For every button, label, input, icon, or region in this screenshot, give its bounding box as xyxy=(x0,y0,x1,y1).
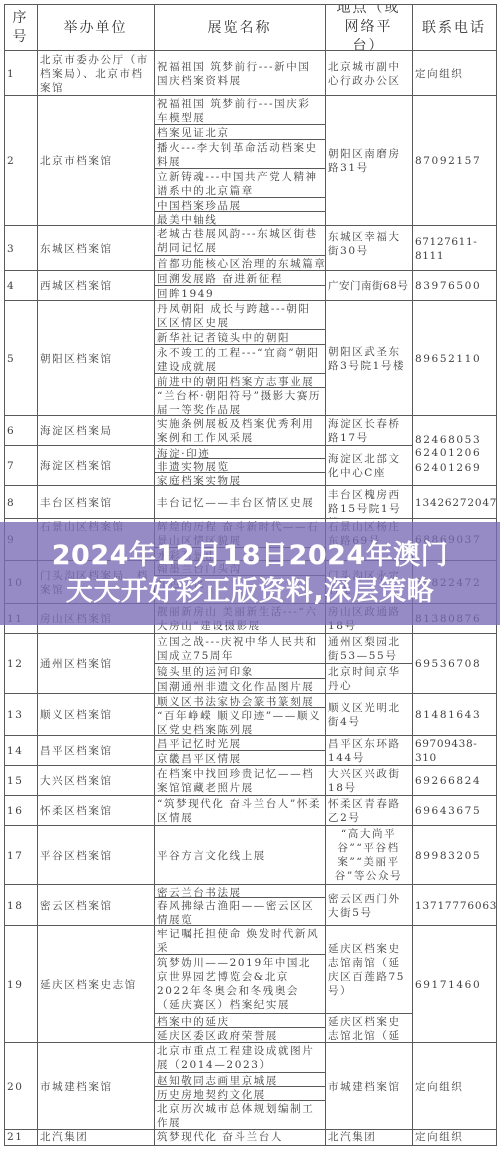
row-19-location-2: 延庆区档案史志馆北馆（延庆区 xyxy=(325,1013,412,1042)
row-21-exhibition-1: 筑梦现代化 奋斗兰台人 xyxy=(154,1129,325,1145)
grid-subline xyxy=(154,897,325,898)
grid-subline xyxy=(154,329,325,330)
row-3-exhibition-1: 老城古巷展风韵---东城区街巷胡同记忆展 xyxy=(154,225,325,255)
row-1-exhibition-1: 祝福祖国 筑梦前行---新中国国庆档案资料展 xyxy=(154,50,325,95)
grid-subline xyxy=(154,663,412,664)
row-2-exhibition-1: 祝福祖国 筑梦前行---国庆彩车模型展 xyxy=(154,95,325,124)
row-7-organizer: 海淀区档案馆 xyxy=(37,445,154,485)
header-phone: 联系电话 xyxy=(412,4,496,50)
row-2-exhibition-2: 档案见证北京 xyxy=(154,124,325,139)
row-2-organizer: 北京市档案馆 xyxy=(37,95,154,225)
row-19-organizer: 延庆区档案史志馆 xyxy=(37,925,154,1042)
grid-subline xyxy=(154,168,325,169)
row-5-index: 5 xyxy=(4,300,37,415)
row-7-exhibition-2: 非遗实物展览 xyxy=(154,458,325,472)
grid-hline xyxy=(4,765,497,766)
grid-subline xyxy=(154,1027,325,1028)
row-1-location: 北京城市副中心行政办公区 xyxy=(325,50,412,95)
row-20-index: 20 xyxy=(4,1042,37,1129)
row-16-exhibition-1: “筑梦现代化 奋斗兰台人”怀柔区情展 xyxy=(154,795,325,825)
grid-hline xyxy=(4,1145,497,1146)
grid-hline xyxy=(4,633,497,634)
row-20-exhibition-1: 北京市重点工程建设成就图片展（2014—2023） xyxy=(154,1042,325,1072)
row-19-phone: 69171460 xyxy=(412,925,496,1042)
row-20-exhibition-3: 历史房地契约文化展 xyxy=(154,1086,325,1100)
grid-subline xyxy=(154,1086,325,1087)
row-4-exhibition-1: 回溯发展路 奋进新征程 xyxy=(154,270,325,285)
row-18-phone: 13717776063 xyxy=(412,884,496,925)
grid-subline xyxy=(154,124,325,125)
row-2-exhibition-5: 中国档案珍品展 xyxy=(154,197,325,211)
row-17-phone: 89983205 xyxy=(412,825,496,884)
grid-subline xyxy=(154,1013,412,1014)
row-3-exhibition-2: 首都功能核心区治理的东城篇章 xyxy=(154,255,325,270)
grid-subline xyxy=(154,211,325,212)
row-13-index: 13 xyxy=(4,693,37,735)
grid-hline xyxy=(4,884,497,885)
row-6-index: 6 xyxy=(4,415,37,445)
row-17-index: 17 xyxy=(4,825,37,884)
grid-subline xyxy=(154,1100,325,1101)
row-5-exhibition-3: 永不竣工的工程---“宜商”朝阳建设成就展 xyxy=(154,344,325,373)
row-2-index: 2 xyxy=(4,95,37,225)
row-20-location: 市城建档案馆 xyxy=(325,1042,412,1129)
row-20-organizer: 市城建档案馆 xyxy=(37,1042,154,1129)
row-6-organizer: 海淀区档案局 xyxy=(37,415,154,445)
grid-hline xyxy=(4,445,412,446)
grid-subline xyxy=(154,707,325,708)
row-20-exhibition-4: 北京历次城市总体规划编制工作展 xyxy=(154,1100,325,1129)
row-14-location: 昌平区东环路144号 xyxy=(325,735,412,765)
row-14-organizer: 昌平区档案馆 xyxy=(37,735,154,765)
grid-hline xyxy=(4,825,497,826)
row-5-exhibition-5: “兰台杯·朝阳符号”摄影大赛历届一等奖作品展 xyxy=(154,387,325,415)
grid-subline xyxy=(154,954,325,955)
grid-subline xyxy=(154,472,325,473)
row-4-index: 4 xyxy=(4,270,37,300)
row-12-phone: 69536708 xyxy=(412,633,496,693)
row-4-phone: 83976500 xyxy=(412,270,496,300)
row-5-exhibition-2: 新华社记者镜头中的朝阳 xyxy=(154,329,325,344)
grid-subline xyxy=(154,373,325,374)
row-18-index: 18 xyxy=(4,884,37,925)
row-16-phone: 69643675 xyxy=(412,795,496,825)
grid-subline xyxy=(154,750,325,751)
row-5-organizer: 朝阳区档案馆 xyxy=(37,300,154,415)
row-12-exhibition-2: 镜头里的运河印象 xyxy=(154,663,325,678)
row-7-location: 海淀区北部文化中心C座 xyxy=(325,445,412,485)
row-15-index: 15 xyxy=(4,765,37,795)
row-19-exhibition-4: 延庆区委区政府荣誉展 xyxy=(154,1027,325,1042)
row-4-organizer: 西城区档案馆 xyxy=(37,270,154,300)
header-exhibition: 展览名称 xyxy=(154,4,325,50)
grid-hline xyxy=(4,225,497,226)
row-8-location: 丰台区槐房西路15号院1号楼 xyxy=(325,486,412,518)
row-19-index: 19 xyxy=(4,925,37,1042)
row-14-exhibition-1: 昌平记忆时光展 xyxy=(154,735,325,750)
row-16-index: 16 xyxy=(4,795,37,825)
row-12-exhibition-3: 国潮通州非遗文化作品图片展 xyxy=(154,678,325,693)
row-21-organizer: 北汽集团 xyxy=(37,1129,154,1145)
header-organizer: 举办单位 xyxy=(37,4,154,50)
grid-hline xyxy=(4,795,497,796)
row-15-exhibition-1: 在档案中找回珍贵记忆——档案馆馆藏老照片展 xyxy=(154,765,325,795)
row-19-exhibition-3: 档案中的延庆 xyxy=(154,1013,325,1027)
row-6-location: 海淀区长春桥路17号 xyxy=(325,415,412,445)
row-16-location: 怀柔区青春路乙2号 xyxy=(325,795,412,825)
row-4-location: 广安门南街68号 xyxy=(325,270,412,300)
grid-subline xyxy=(154,255,325,256)
header-location: 地点（或网络平台） xyxy=(325,4,412,50)
row-3-organizer: 东城区档案馆 xyxy=(37,225,154,270)
row-17-exhibition-1: 平谷方言文化线上展 xyxy=(154,825,325,884)
row-8-index: 8 xyxy=(4,485,37,518)
row-1-organizer: 北京市委办公厅（市档案局）、北京市档案馆 xyxy=(37,51,154,95)
row-7-exhibition-1: 海淀·印迹 xyxy=(154,445,325,458)
grid-subline xyxy=(154,458,325,459)
grid-hline xyxy=(4,415,497,416)
row-13-location: 顺义区光明北街4号 xyxy=(325,693,412,735)
grid-hline xyxy=(4,518,497,519)
grid-hline xyxy=(4,300,497,301)
overlay-title-line-2: 天天开好彩正版资料,深层策略 xyxy=(66,574,434,610)
row-13-phone: 81481643 xyxy=(412,693,496,735)
grid-hline xyxy=(4,693,497,694)
row-17-location: “高大尚平谷”“平谷档案”“美丽平谷”等公众号 xyxy=(325,825,412,884)
row-2-exhibition-3: 播火---李大钊革命活动档案史料展 xyxy=(154,139,325,168)
row-12-location-2: 北京时间京华丹心 xyxy=(325,663,412,693)
grid-hline xyxy=(4,735,497,736)
grid-subline xyxy=(154,285,325,286)
row-19-location-1: 延庆区档案史志馆南馆（延庆区百莲路75号） xyxy=(325,925,412,1013)
grid-hline xyxy=(4,4,497,5)
row-17-organizer: 平谷区档案馆 xyxy=(37,825,154,884)
row-2-exhibition-6: 最美中轴线 xyxy=(154,211,325,225)
row-1-index: 1 xyxy=(4,50,37,95)
row-19-exhibition-1: 牢记嘱托担使命 焕发时代新风采 xyxy=(154,925,325,954)
row-12-location-1: 通州区梨园北街53—55号 xyxy=(325,633,412,663)
row-14-phone: 69709438-310 xyxy=(412,735,496,765)
grid-hline xyxy=(4,485,497,486)
row-12-organizer: 通州区档案馆 xyxy=(37,633,154,693)
grid-hline xyxy=(4,50,497,51)
grid-subline xyxy=(154,1072,325,1073)
row-18-exhibition-1: 密云兰台书法展 xyxy=(154,884,325,897)
row-5-exhibition-1: 丹凤朝阳 成长与跨越---朝阳区区情区史展 xyxy=(154,300,325,329)
overlay-title-line-1: 2024年12月18日2024年澳门 xyxy=(52,538,448,574)
row-3-index: 3 xyxy=(4,225,37,270)
grid-subline xyxy=(154,387,325,388)
row-15-organizer: 大兴区档案馆 xyxy=(37,765,154,795)
row-6-exhibition-1: 实施条例展板及档案优秀利用案例和工作风采展 xyxy=(154,415,325,445)
row-2-location: 朝阳区南磨房路31号 xyxy=(325,95,412,225)
row-18-location: 密云区西门外大街5号 xyxy=(325,884,412,925)
row-3-phone: 67127611-8111 xyxy=(412,225,496,270)
row-8-phone: 13426272047 xyxy=(412,485,496,518)
row-2-exhibition-4: 立新铸魂---中国共产党人精神谱系中的北京篇章 xyxy=(154,168,325,197)
row-15-location: 大兴区兴政街18号 xyxy=(325,765,412,795)
row-14-index: 14 xyxy=(4,735,37,765)
row-21-location: 北汽集团 xyxy=(325,1129,412,1145)
grid-hline xyxy=(4,95,497,96)
row-7-exhibition-3: 家庭档案实物展 xyxy=(154,472,325,485)
row-18-exhibition-2: 春风拂绿古渔阳——密云区区情展览 xyxy=(154,897,325,925)
row-14-exhibition-2: 京畿昌平区情展 xyxy=(154,750,325,765)
row-18-organizer: 密云区档案馆 xyxy=(37,884,154,925)
row-16-organizer: 怀柔区档案馆 xyxy=(37,795,154,825)
exhibition-table: 序号 举办单位 展览名称 地点（或网络平台） 联系电话 1 北京市委办公厅（市档… xyxy=(0,0,500,1149)
row-7-phone: 62401206 62401269 xyxy=(412,444,496,474)
row-20-phone: 定向组织 xyxy=(412,1042,496,1129)
grid-subline xyxy=(154,197,325,198)
row-2-phone: 87092157 xyxy=(412,95,496,225)
row-13-exhibition-2: “百年峥嵘 顺义印迹”——顺义区党史档案陈列展 xyxy=(154,707,325,735)
header-index: 序号 xyxy=(4,4,37,50)
row-8-exhibition-1: 丰台记忆——丰台区情区史展 xyxy=(154,485,325,518)
row-21-index: 21 xyxy=(4,1129,37,1145)
row-12-exhibition-1: 立国之战---庆祝中华人民共和国成立75周年 xyxy=(154,633,325,663)
row-12-index: 12 xyxy=(4,633,37,693)
row-19-exhibition-2: 筑梦妫川——2019年中国北京世界园艺博览会&北京2022年冬奥会和冬残奥会（延… xyxy=(154,954,325,1013)
grid-hline xyxy=(4,1129,497,1130)
row-4-exhibition-2: 回眸1949 xyxy=(154,285,325,300)
grid-subline xyxy=(154,344,325,345)
row-20-exhibition-2: 赵知敬同志画里京城展 xyxy=(154,1072,325,1086)
row-13-exhibition-1: 顺义区书法家协会篆书篆刻展 xyxy=(154,693,325,707)
row-3-location: 东城区幸福大街30号 xyxy=(325,228,412,270)
row-7-index: 7 xyxy=(4,445,37,485)
grid-subline xyxy=(154,139,325,140)
title-overlay-banner: 2024年12月18日2024年澳门 天天开好彩正版资料,深层策略 xyxy=(0,522,500,625)
grid-hline xyxy=(4,1042,497,1043)
row-15-phone: 69266824 xyxy=(412,765,496,795)
row-8-organizer: 丰台区档案馆 xyxy=(37,485,154,518)
row-5-phone: 89652110 xyxy=(412,300,496,415)
row-1-phone: 定向组织 xyxy=(412,50,496,95)
row-21-phone: 定向组织 xyxy=(412,1129,496,1145)
row-5-location: 朝阳区武圣东路3号院1号楼 xyxy=(325,300,412,415)
grid-hline xyxy=(4,925,497,926)
grid-hline xyxy=(4,270,497,271)
row-5-exhibition-4: 前进中的朝阳档案方志事业展 xyxy=(154,373,325,387)
grid-subline xyxy=(154,678,325,679)
row-13-organizer: 顺义区档案馆 xyxy=(37,693,154,735)
